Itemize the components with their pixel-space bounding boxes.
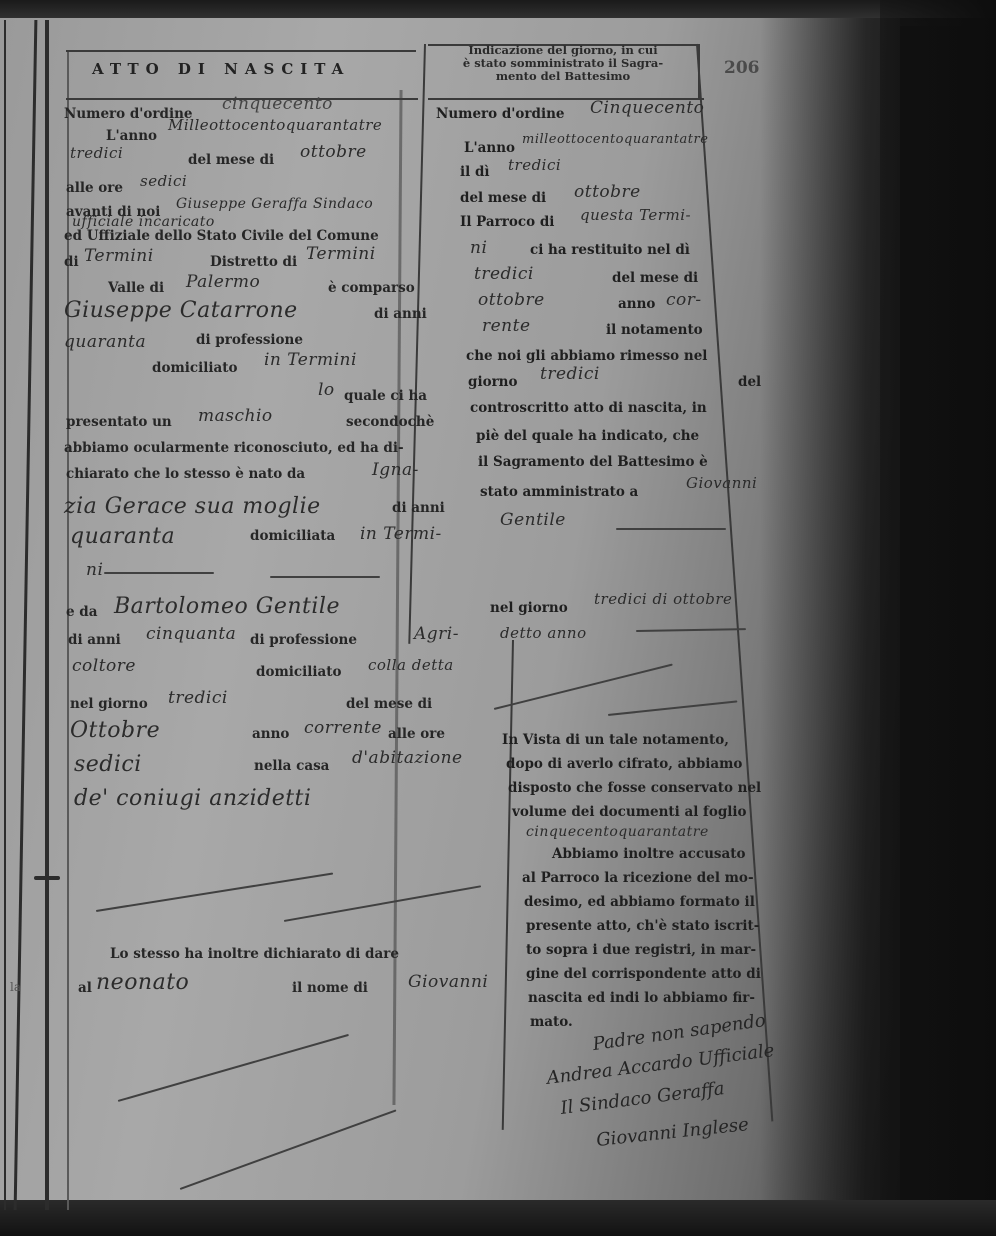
r-returned-year-label: anno	[618, 296, 655, 312]
birth-hour-label: alle ore	[388, 726, 445, 742]
birth-year-value: corrente	[304, 718, 382, 738]
r-returned-year-cont: rente	[482, 316, 531, 336]
r-giorno-value: tredici	[540, 364, 600, 384]
binding-line-3	[45, 20, 49, 1210]
baptism-header-line-3: mento del Battesimo	[432, 70, 694, 83]
r-returned-year: cor-	[666, 290, 702, 310]
cancel-stroke	[104, 572, 214, 574]
r-pie-label: piè del quale ha indicato, che	[476, 428, 699, 444]
scan-right-dark-area	[880, 0, 996, 1236]
father-profession-label: di professione	[250, 632, 357, 648]
newborn-label-hand: neonato	[96, 970, 189, 995]
district-label: Distretto di	[210, 254, 297, 270]
header-top-rule-left	[66, 50, 416, 52]
r-del-label: del	[738, 374, 761, 390]
father-domicile-label: domiciliato	[256, 664, 341, 680]
birth-day-value: tredici	[168, 688, 228, 708]
r-sacrament-label: il Sagramento del Battesimo è	[478, 454, 708, 470]
r-para1-line2: dopo di averlo cifrato, abbiamo	[506, 756, 742, 772]
binding-line-1	[4, 20, 6, 1210]
document-title: ATTO DI NASCITA	[92, 60, 412, 78]
r-parish-value: questa Termi-	[580, 206, 691, 224]
r-para2-line7: nascita ed indi lo abbiamo fir-	[528, 990, 755, 1006]
r-para1-line4: volume dei documenti al foglio	[512, 804, 747, 820]
officer-name: Giuseppe Geraffa Sindaco	[176, 196, 373, 212]
r-controscritto-label: controscritto atto di nascita, in	[470, 400, 707, 416]
hour-value: sedici	[140, 172, 187, 190]
r-para2-line8: mato.	[530, 1014, 573, 1030]
r-returned-day: tredici	[474, 264, 534, 284]
birth-year-label: anno	[252, 726, 289, 742]
valley-label: Valle di	[108, 280, 164, 296]
r-para2-line6: gine del corrispondente atto di	[526, 966, 761, 982]
birth-hour-value: sedici	[74, 752, 142, 777]
r-year-value: milleottocentoquarantatre	[522, 132, 708, 147]
birth-month-label: del mese di	[346, 696, 432, 712]
year-label: L'anno	[106, 128, 157, 144]
mother-name-part2: zia Gerace sua moglie	[64, 494, 321, 519]
r-administered-label: stato amministrato a	[480, 484, 638, 500]
civil-officer-label: ed Uffiziale dello Stato Civile del Comu…	[64, 228, 379, 244]
r-year-label: L'anno	[464, 140, 515, 156]
declared-born-label: chiarato che lo stesso è nato da	[66, 466, 305, 482]
presented-label: presentato un	[66, 414, 172, 430]
r-order-number-value: Cinquecento	[590, 98, 704, 118]
r-baptized-first-name: Giovanni	[686, 474, 757, 492]
header-right-border	[698, 44, 700, 100]
father-name: Bartolomeo Gentile	[114, 594, 340, 619]
who-presented-label: quale ci ha	[344, 388, 427, 404]
r-para2-line1: Abbiamo inoltre accusato	[552, 846, 746, 862]
declarant-age-label: di anni	[374, 306, 427, 322]
r-para2-line3: desimo, ed abbiamo formato il	[524, 894, 755, 910]
order-number-value: cinquecento	[222, 94, 333, 114]
r-order-number-label: Numero d'ordine	[436, 106, 565, 122]
father-domicile-value: colla detta	[368, 656, 454, 674]
mother-age-label: di anni	[392, 500, 445, 516]
district-value: Termini	[306, 244, 376, 264]
mother-name-part1: Igna-	[372, 460, 419, 480]
hour-label: alle ore	[66, 180, 123, 196]
r-returned-month-label: del mese di	[612, 270, 698, 286]
birth-day-label: nel giorno	[70, 696, 148, 712]
r-remitted-label: che noi gli abbiamo rimesso nel	[466, 348, 707, 364]
r-day-label: il dì	[460, 164, 490, 180]
left-margin-text: la	[10, 980, 21, 994]
r-parish-cont: ni	[470, 238, 487, 258]
father-profession-part1: Agri-	[414, 624, 459, 644]
appeared-label: è comparso	[328, 280, 415, 296]
house-value: d'abitazione	[352, 748, 463, 768]
month-label: del mese di	[188, 152, 274, 168]
year-value: Milleottocentoquarantatre	[168, 116, 382, 134]
r-para2-line5: to sopra i due registri, in mar-	[526, 942, 756, 958]
binding-pin	[34, 876, 60, 880]
declarant-name: Giuseppe Catarrone	[64, 298, 298, 323]
mother-domicile-cont: ni	[86, 560, 103, 580]
mother-domicile-label: domiciliata	[250, 528, 335, 544]
father-profession-part2: coltore	[72, 656, 136, 676]
house-owners: de' coniugi anzidetti	[74, 786, 311, 811]
valley-value: Palermo	[186, 272, 260, 292]
cancel-stroke	[270, 576, 380, 578]
binding-line-4	[67, 50, 69, 1210]
r-month-value: ottobre	[574, 182, 641, 202]
r-day-value: tredici	[508, 156, 561, 174]
r-month-label: del mese di	[460, 190, 546, 206]
r-blank-line	[616, 528, 726, 530]
father-age-label: di anni	[68, 632, 121, 648]
day-value: tredici	[70, 144, 123, 162]
r-baptism-year-value: detto anno	[500, 624, 587, 642]
r-returned-month: ottobre	[478, 290, 545, 310]
profession-label: di professione	[196, 332, 303, 348]
house-label: nella casa	[254, 758, 329, 774]
scan-bottom-shadow	[0, 1200, 996, 1236]
r-returned-label: ci ha restituito nel dì	[530, 242, 690, 258]
closing-line-2-prefix: al	[78, 980, 92, 996]
r-parish-label: Il Parroco di	[460, 214, 554, 230]
r-para1-line3: disposto che fosse conservato nel	[508, 780, 761, 796]
child-sex: maschio	[198, 406, 273, 426]
month-value: ottobre	[300, 142, 367, 162]
baptism-column-header: Indicazione del giorno, in cui è stato s…	[432, 44, 694, 83]
recognized-label: abbiamo ocularmente riconosciuto, ed ha …	[64, 440, 404, 456]
r-baptism-day-value: tredici di ottobre	[594, 590, 732, 608]
r-baptized-surname: Gentile	[500, 510, 566, 530]
r-baptism-day-label: nel giorno	[490, 600, 568, 616]
declarant-age: quaranta	[64, 332, 146, 352]
r-folio-value: cinquecentoquarantatre	[526, 824, 709, 840]
comune-value: Termini	[84, 246, 154, 266]
father-age: cinquanta	[146, 624, 236, 644]
name-label: il nome di	[292, 980, 368, 996]
father-label: e da	[66, 604, 97, 620]
gender-pronoun: lo	[318, 380, 335, 400]
domiciled-value: in Termini	[264, 350, 357, 370]
mother-age: quaranta	[70, 524, 175, 549]
child-given-name: Giovanni	[408, 972, 488, 992]
closing-line-1: Lo stesso ha inoltre dichiarato di dare	[110, 946, 399, 962]
r-giorno-label: giorno	[468, 374, 518, 390]
comune-label: di	[64, 254, 79, 270]
secondoche-label: secondochè	[346, 414, 434, 430]
page-number: 206	[724, 58, 760, 78]
domiciled-label: domiciliato	[152, 360, 237, 376]
r-para1-line1: In Vista di un tale notamento,	[502, 732, 729, 748]
r-para2-line4: presente atto, ch'è stato iscrit-	[526, 918, 759, 934]
r-para2-line2: al Parroco la ricezione del mo-	[522, 870, 754, 886]
mother-domicile-value: in Termi-	[360, 524, 442, 544]
birth-month-value: Ottobre	[70, 718, 160, 743]
r-notamento-label: il notamento	[606, 322, 703, 338]
